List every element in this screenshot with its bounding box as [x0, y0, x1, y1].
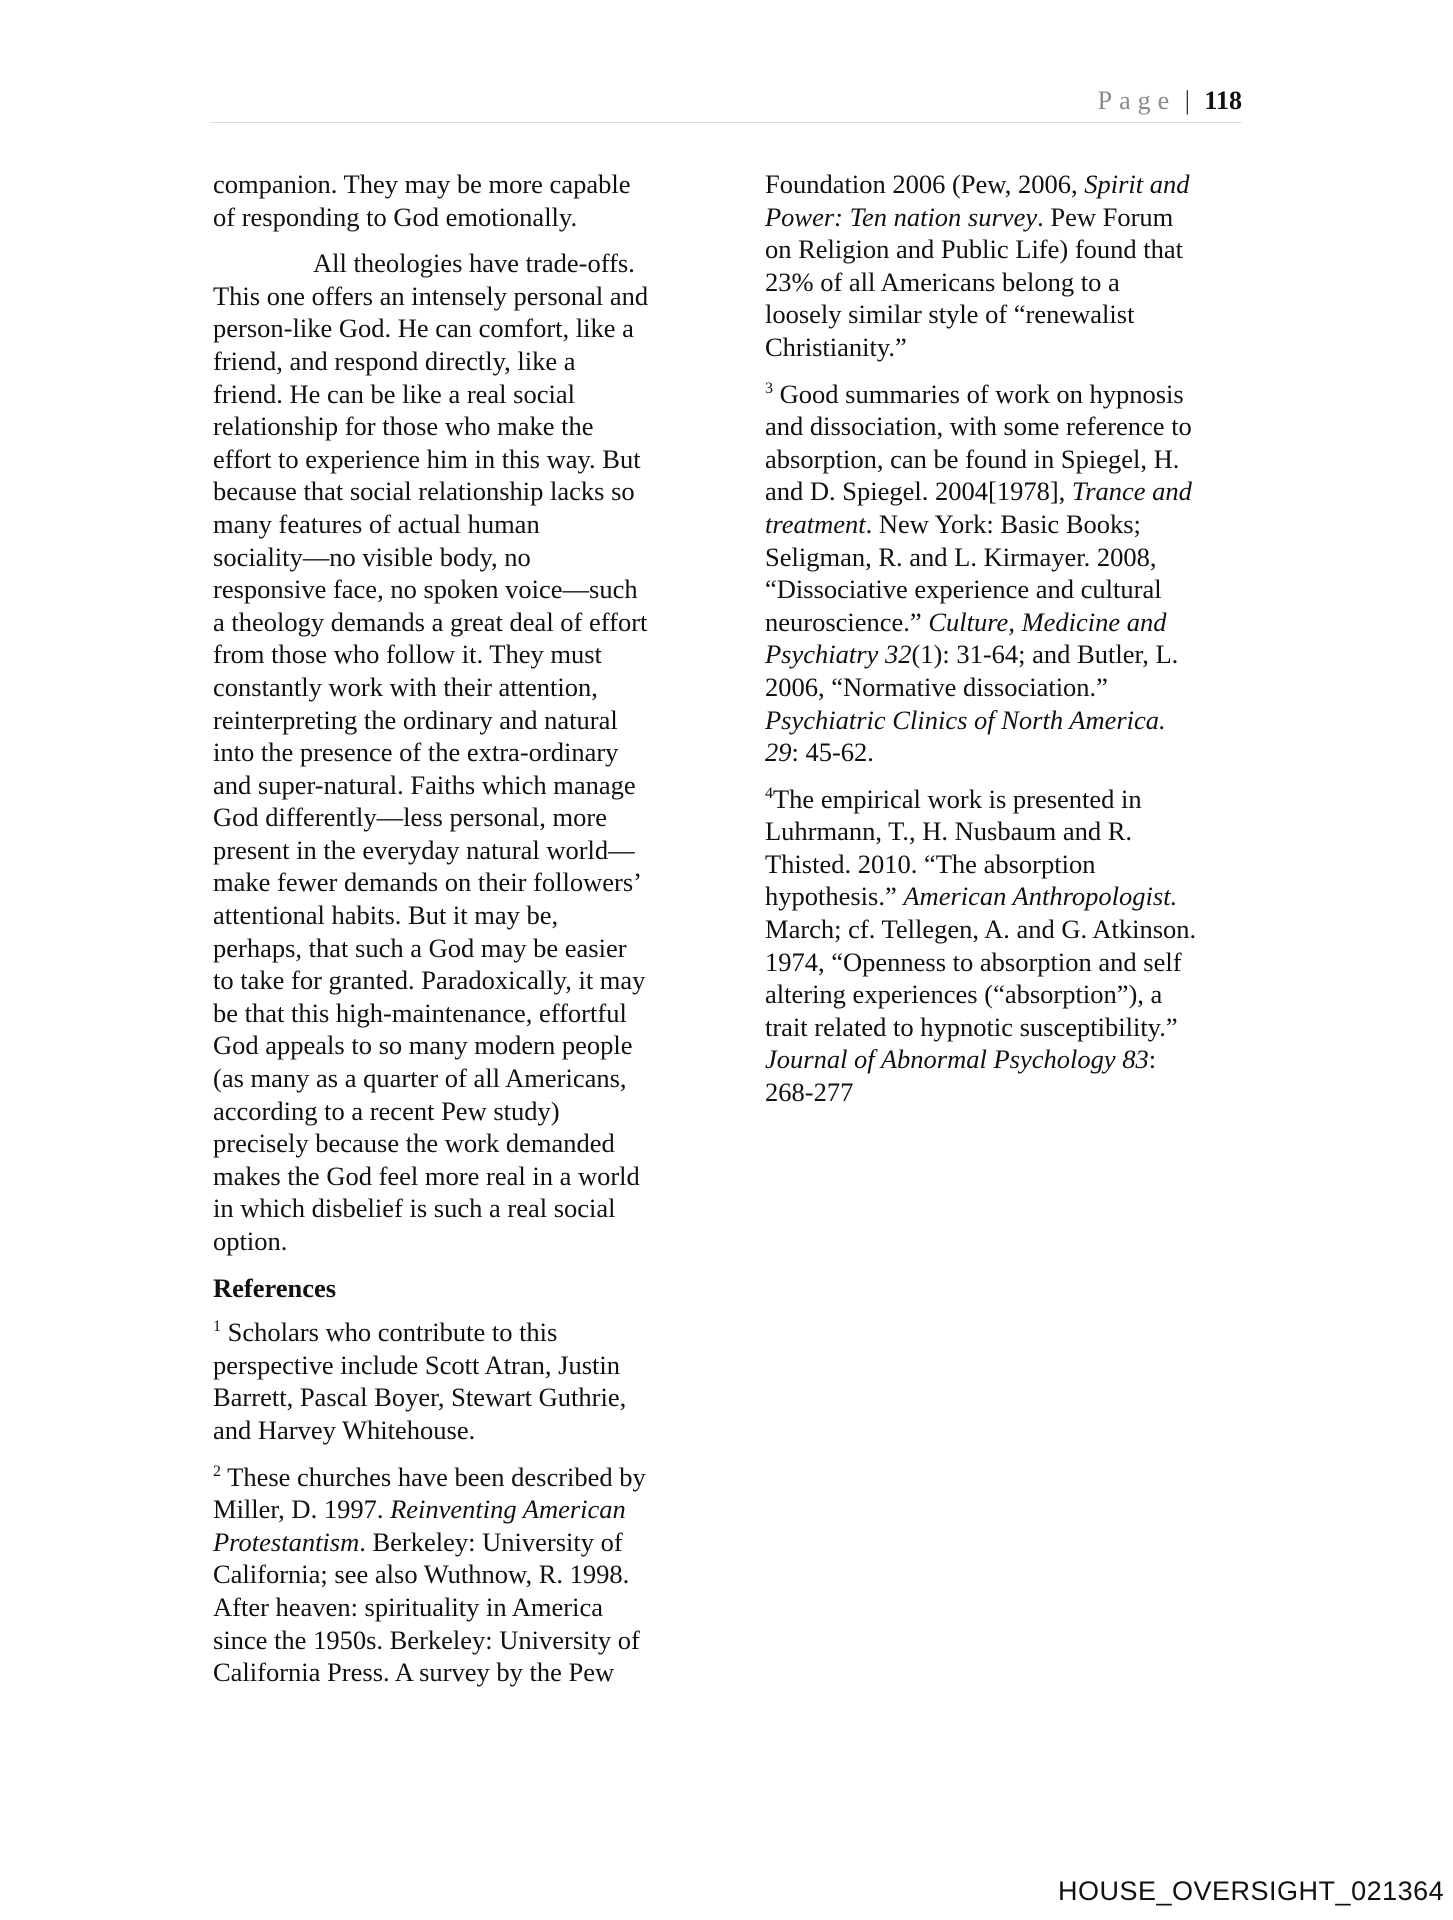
- text-line: and D. Spiegel. 2004[1978], Trance and: [765, 475, 1245, 508]
- text-line: perhaps, that such a God may be easier: [213, 932, 693, 965]
- ref-text: and D. Spiegel. 2004[1978],: [765, 476, 1072, 506]
- page-number: 118: [1204, 86, 1242, 115]
- book-title: Reinventing American: [390, 1494, 626, 1524]
- text-line: companion. They may be more capable: [213, 168, 693, 201]
- text-line: Psychiatry 32(1): 31-64; and Butler, L.: [765, 638, 1245, 671]
- journal-title: Psychiatric Clinics of North America.: [765, 705, 1166, 735]
- text-line: 29: 45-62.: [765, 736, 1245, 769]
- text-line: Foundation 2006 (Pew, 2006, Spirit and: [765, 168, 1245, 201]
- text-line: 23% of all Americans belong to a: [765, 266, 1245, 299]
- text-line: person-like God. He can comfort, like a: [213, 312, 693, 345]
- text-line: March; cf. Tellegen, A. and G. Atkinson.: [765, 913, 1245, 946]
- text-line: altering experiences (“absorption”), a: [765, 978, 1245, 1011]
- right-column: Foundation 2006 (Pew, 2006, Spirit and P…: [765, 168, 1245, 1123]
- reference-2-continued: Foundation 2006 (Pew, 2006, Spirit and P…: [765, 168, 1245, 364]
- text-line: Barrett, Pascal Boyer, Stewart Guthrie,: [213, 1381, 693, 1414]
- text-line: 268-277: [765, 1076, 1245, 1109]
- text-line: This one offers an intensely personal an…: [213, 280, 693, 313]
- text-line: on Religion and Public Life) found that: [765, 233, 1245, 266]
- text-line: Christianity.”: [765, 331, 1245, 364]
- text-line: makes the God feel more real in a world: [213, 1160, 693, 1193]
- page-separator: |: [1185, 86, 1190, 115]
- text-line: in which disbelief is such a real social: [213, 1192, 693, 1225]
- ref-text: . Berkeley: University of: [359, 1527, 622, 1557]
- ref-text: Scholars who contribute to this: [221, 1317, 557, 1347]
- text-line: 2006, “Normative dissociation.”: [765, 671, 1245, 704]
- text-line: hypothesis.” American Anthropologist.: [765, 880, 1245, 913]
- text-line: sociality—no visible body, no: [213, 541, 693, 574]
- ref-text: . New York: Basic Books;: [866, 509, 1141, 539]
- ref-text: : 45-62.: [792, 737, 874, 767]
- text-line: Power: Ten nation survey. Pew Forum: [765, 201, 1245, 234]
- text-line: from those who follow it. They must: [213, 638, 693, 671]
- page-header: Page | 118: [210, 82, 1242, 123]
- text-line: 1974, “Openness to absorption and self: [765, 946, 1245, 979]
- text-line: many features of actual human: [213, 508, 693, 541]
- report-title: Spirit and: [1084, 169, 1189, 199]
- text-line: according to a recent Pew study): [213, 1095, 693, 1128]
- book-title: Trance and: [1072, 476, 1192, 506]
- book-title: Protestantism: [213, 1527, 359, 1557]
- journal-title: Culture, Medicine and: [928, 607, 1166, 637]
- journal-title: American Anthropologist.: [903, 881, 1177, 911]
- text-line: Luhrmann, T., H. Nusbaum and R.: [765, 815, 1245, 848]
- footnote-number: 4: [765, 785, 773, 802]
- left-column: companion. They may be more capable of r…: [213, 168, 693, 1703]
- text-line: trait related to hypnotic susceptibility…: [765, 1011, 1245, 1044]
- text-line: God differently—less personal, more: [213, 801, 693, 834]
- text-line: to take for granted. Paradoxically, it m…: [213, 964, 693, 997]
- text-line: Thisted. 2010. “The absorption: [765, 848, 1245, 881]
- document-id-stamp: HOUSE_OVERSIGHT_021364: [1058, 1876, 1444, 1907]
- text-line: absorption, can be found in Spiegel, H.: [765, 443, 1245, 476]
- ref-text: Foundation 2006 (Pew, 2006,: [765, 169, 1084, 199]
- text-line: of responding to God emotionally.: [213, 201, 693, 234]
- text-line: perspective include Scott Atran, Justin: [213, 1349, 693, 1382]
- page-number-label: Page | 118: [1098, 86, 1242, 116]
- footnote-number: 1: [213, 1318, 221, 1335]
- ref-text: :: [1149, 1044, 1156, 1074]
- text-line: “Dissociative experience and cultural: [765, 573, 1245, 606]
- reference-1: 1 Scholars who contribute to this perspe…: [213, 1316, 693, 1446]
- text-line: After heaven: spirituality in America: [213, 1591, 693, 1624]
- text-line: 2 These churches have been described by: [213, 1461, 693, 1494]
- text-line: California Press. A survey by the Pew: [213, 1656, 693, 1689]
- ref-text: These churches have been described by: [221, 1462, 646, 1492]
- text-line: (as many as a quarter of all Americans,: [213, 1062, 693, 1095]
- text-line: reinterpreting the ordinary and natural: [213, 704, 693, 737]
- ref-text: The empirical work is presented in: [773, 784, 1142, 814]
- text-line: since the 1950s. Berkeley: University of: [213, 1624, 693, 1657]
- journal-title: Journal of Abnormal Psychology 83: [765, 1044, 1149, 1074]
- text-line: Seligman, R. and L. Kirmayer. 2008,: [765, 541, 1245, 574]
- text-line: present in the everyday natural world—: [213, 834, 693, 867]
- text-line: constantly work with their attention,: [213, 671, 693, 704]
- text-line: option.: [213, 1225, 693, 1258]
- text-line: and dissociation, with some reference to: [765, 410, 1245, 443]
- body-paragraph-1: companion. They may be more capable of r…: [213, 168, 693, 233]
- text-line: and super-natural. Faiths which manage: [213, 769, 693, 802]
- footnote-number: 3: [765, 380, 773, 397]
- reference-4: 4The empirical work is presented in Luhr…: [765, 783, 1245, 1109]
- text-line: be that this high-maintenance, effortful: [213, 997, 693, 1030]
- text-line: loosely similar style of “renewalist: [765, 298, 1245, 331]
- text-line: Journal of Abnormal Psychology 83:: [765, 1043, 1245, 1076]
- references-heading: References: [213, 1272, 693, 1305]
- text-line: friend. He can be like a real social: [213, 378, 693, 411]
- text-line: friend, and respond directly, like a: [213, 345, 693, 378]
- body-paragraph-2: All theologies have trade-offs. This one…: [213, 247, 693, 1257]
- text-line: effort to experience him in this way. Bu…: [213, 443, 693, 476]
- text-line: All theologies have trade-offs.: [213, 247, 693, 280]
- book-title: treatment: [765, 509, 866, 539]
- text-line: God appeals to so many modern people: [213, 1029, 693, 1062]
- footnote-number: 2: [213, 1463, 221, 1480]
- text-line: treatment. New York: Basic Books;: [765, 508, 1245, 541]
- text-line: precisely because the work demanded: [213, 1127, 693, 1160]
- ref-text: neuroscience.”: [765, 607, 928, 637]
- journal-title: Psychiatry 32: [765, 639, 911, 669]
- ref-text: hypothesis.”: [765, 881, 903, 911]
- page-word: Page: [1098, 86, 1177, 115]
- text-line: 3 Good summaries of work on hypnosis: [765, 378, 1245, 411]
- report-title: Power: Ten nation survey: [765, 202, 1037, 232]
- text-line: Psychiatric Clinics of North America.: [765, 704, 1245, 737]
- text-line: make fewer demands on their followers’: [213, 866, 693, 899]
- text-line: a theology demands a great deal of effor…: [213, 606, 693, 639]
- text-line: neuroscience.” Culture, Medicine and: [765, 606, 1245, 639]
- text-line: responsive face, no spoken voice—such: [213, 573, 693, 606]
- text-line: California; see also Wuthnow, R. 1998.: [213, 1558, 693, 1591]
- text-line: because that social relationship lacks s…: [213, 475, 693, 508]
- volume: 29: [765, 737, 792, 767]
- ref-text: Good summaries of work on hypnosis: [773, 379, 1184, 409]
- text-line: 4The empirical work is presented in: [765, 783, 1245, 816]
- text-line: 1 Scholars who contribute to this: [213, 1316, 693, 1349]
- reference-3: 3 Good summaries of work on hypnosis and…: [765, 378, 1245, 769]
- text-line: attentional habits. But it may be,: [213, 899, 693, 932]
- ref-text: . Pew Forum: [1037, 202, 1173, 232]
- text-line: Protestantism. Berkeley: University of: [213, 1526, 693, 1559]
- ref-text: (1): 31-64; and Butler, L.: [911, 639, 1178, 669]
- text-line: relationship for those who make the: [213, 410, 693, 443]
- text-line: and Harvey Whitehouse.: [213, 1414, 693, 1447]
- text-line: into the presence of the extra-ordinary: [213, 736, 693, 769]
- reference-2: 2 These churches have been described by …: [213, 1461, 693, 1689]
- text-line: Miller, D. 1997. Reinventing American: [213, 1493, 693, 1526]
- ref-text: Miller, D. 1997.: [213, 1494, 390, 1524]
